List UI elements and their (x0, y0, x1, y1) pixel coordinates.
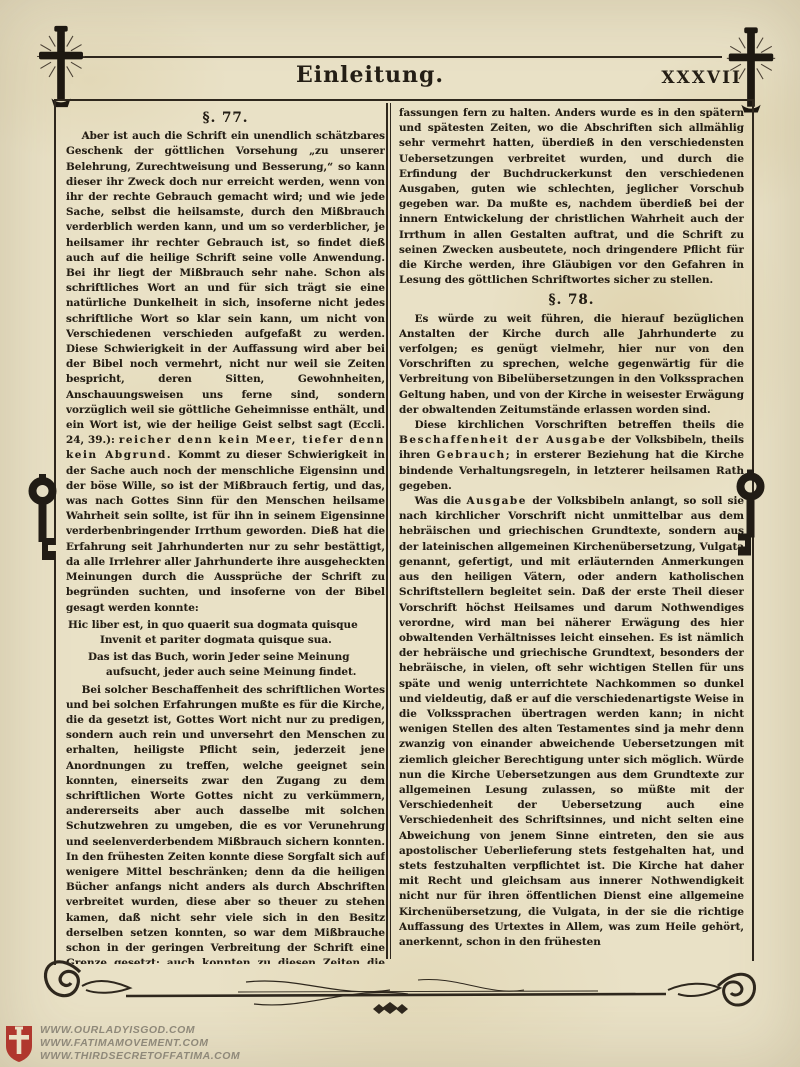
top-border-rule (80, 56, 722, 58)
verse-line: Hic liber est, in quo quaerit sua dogmat… (66, 618, 385, 633)
page-number: XXXVII (661, 68, 742, 88)
emphasized-text: Ausgabe (466, 495, 527, 507)
scanned-book-page: Einleitung. XXXVII §. 77.Aber ist auch d… (0, 0, 800, 1067)
watermark-url: WWW.FATIMAMOVEMENT.COM (40, 1037, 240, 1050)
paragraph: Aber ist auch die Schrift ein unendlich … (66, 129, 385, 616)
body-text: Was die (415, 495, 467, 507)
verse-line: Das ist das Buch, worin Jeder seine Mein… (66, 650, 385, 665)
column-divider (386, 103, 391, 959)
verse-line: Invenit et pariter dogmata quisque sua. (66, 633, 385, 648)
paragraph: fassungen fern zu halten. Anders wurde e… (399, 106, 744, 288)
left-column: §. 77.Aber ist auch die Schrift ein unen… (66, 106, 385, 964)
body-text: Es würde zu weit führen, die hierauf bez… (399, 313, 744, 416)
watermark-url: WWW.THIRDSECRETOFFATIMA.COM (40, 1050, 240, 1063)
paragraph: Es würde zu weit führen, die hierauf bez… (399, 312, 744, 418)
body-text: Kommt zu dieser Schwierigkeit in der Sac… (66, 449, 385, 613)
key-icon (27, 474, 57, 566)
body-text: fassungen fern zu halten. Anders wurde e… (399, 107, 744, 286)
body-text: Bei solcher Beschaffenheit des schriftli… (66, 684, 385, 964)
body-text: Aber ist auch die Schrift ein unendlich … (66, 130, 385, 446)
verse-latin: Hic liber est, in quo quaerit sua dogmat… (66, 618, 385, 648)
verse-german: Das ist das Buch, worin Jeder seine Mein… (66, 650, 385, 680)
page-title: Einleitung. (0, 62, 740, 88)
paragraph: Bei solcher Beschaffenheit des schriftli… (66, 683, 385, 964)
watermark: WWW.OURLADYISGOD.COM WWW.FATIMAMOVEMENT.… (4, 1024, 240, 1063)
shield-cross-icon (4, 1024, 34, 1062)
body-text: Diese kirchlichen Vorschriften betreffen… (415, 419, 744, 431)
bottom-flourish-rule (38, 952, 760, 1020)
paragraph: Diese kirchlichen Vorschriften betreffen… (399, 418, 744, 494)
header-rule (54, 99, 754, 101)
section-heading: §. 78. (399, 293, 744, 308)
right-column: fassungen fern zu halten. Anders wurde e… (399, 106, 744, 964)
paragraph: Was die Ausgabe der Volksbibeln anlangt,… (399, 494, 744, 950)
emphasized-text: Beschaffenheit der Ausgabe (399, 434, 607, 446)
section-heading: §. 77. (66, 111, 385, 126)
emphasized-text: Gebrauch (437, 449, 506, 461)
body-text: der Volksbibeln anlangt, so soll sie nac… (399, 495, 744, 948)
verse-line: aufsucht, jeder auch seine Meinung finde… (66, 665, 385, 680)
watermark-url: WWW.OURLADYISGOD.COM (40, 1024, 240, 1037)
